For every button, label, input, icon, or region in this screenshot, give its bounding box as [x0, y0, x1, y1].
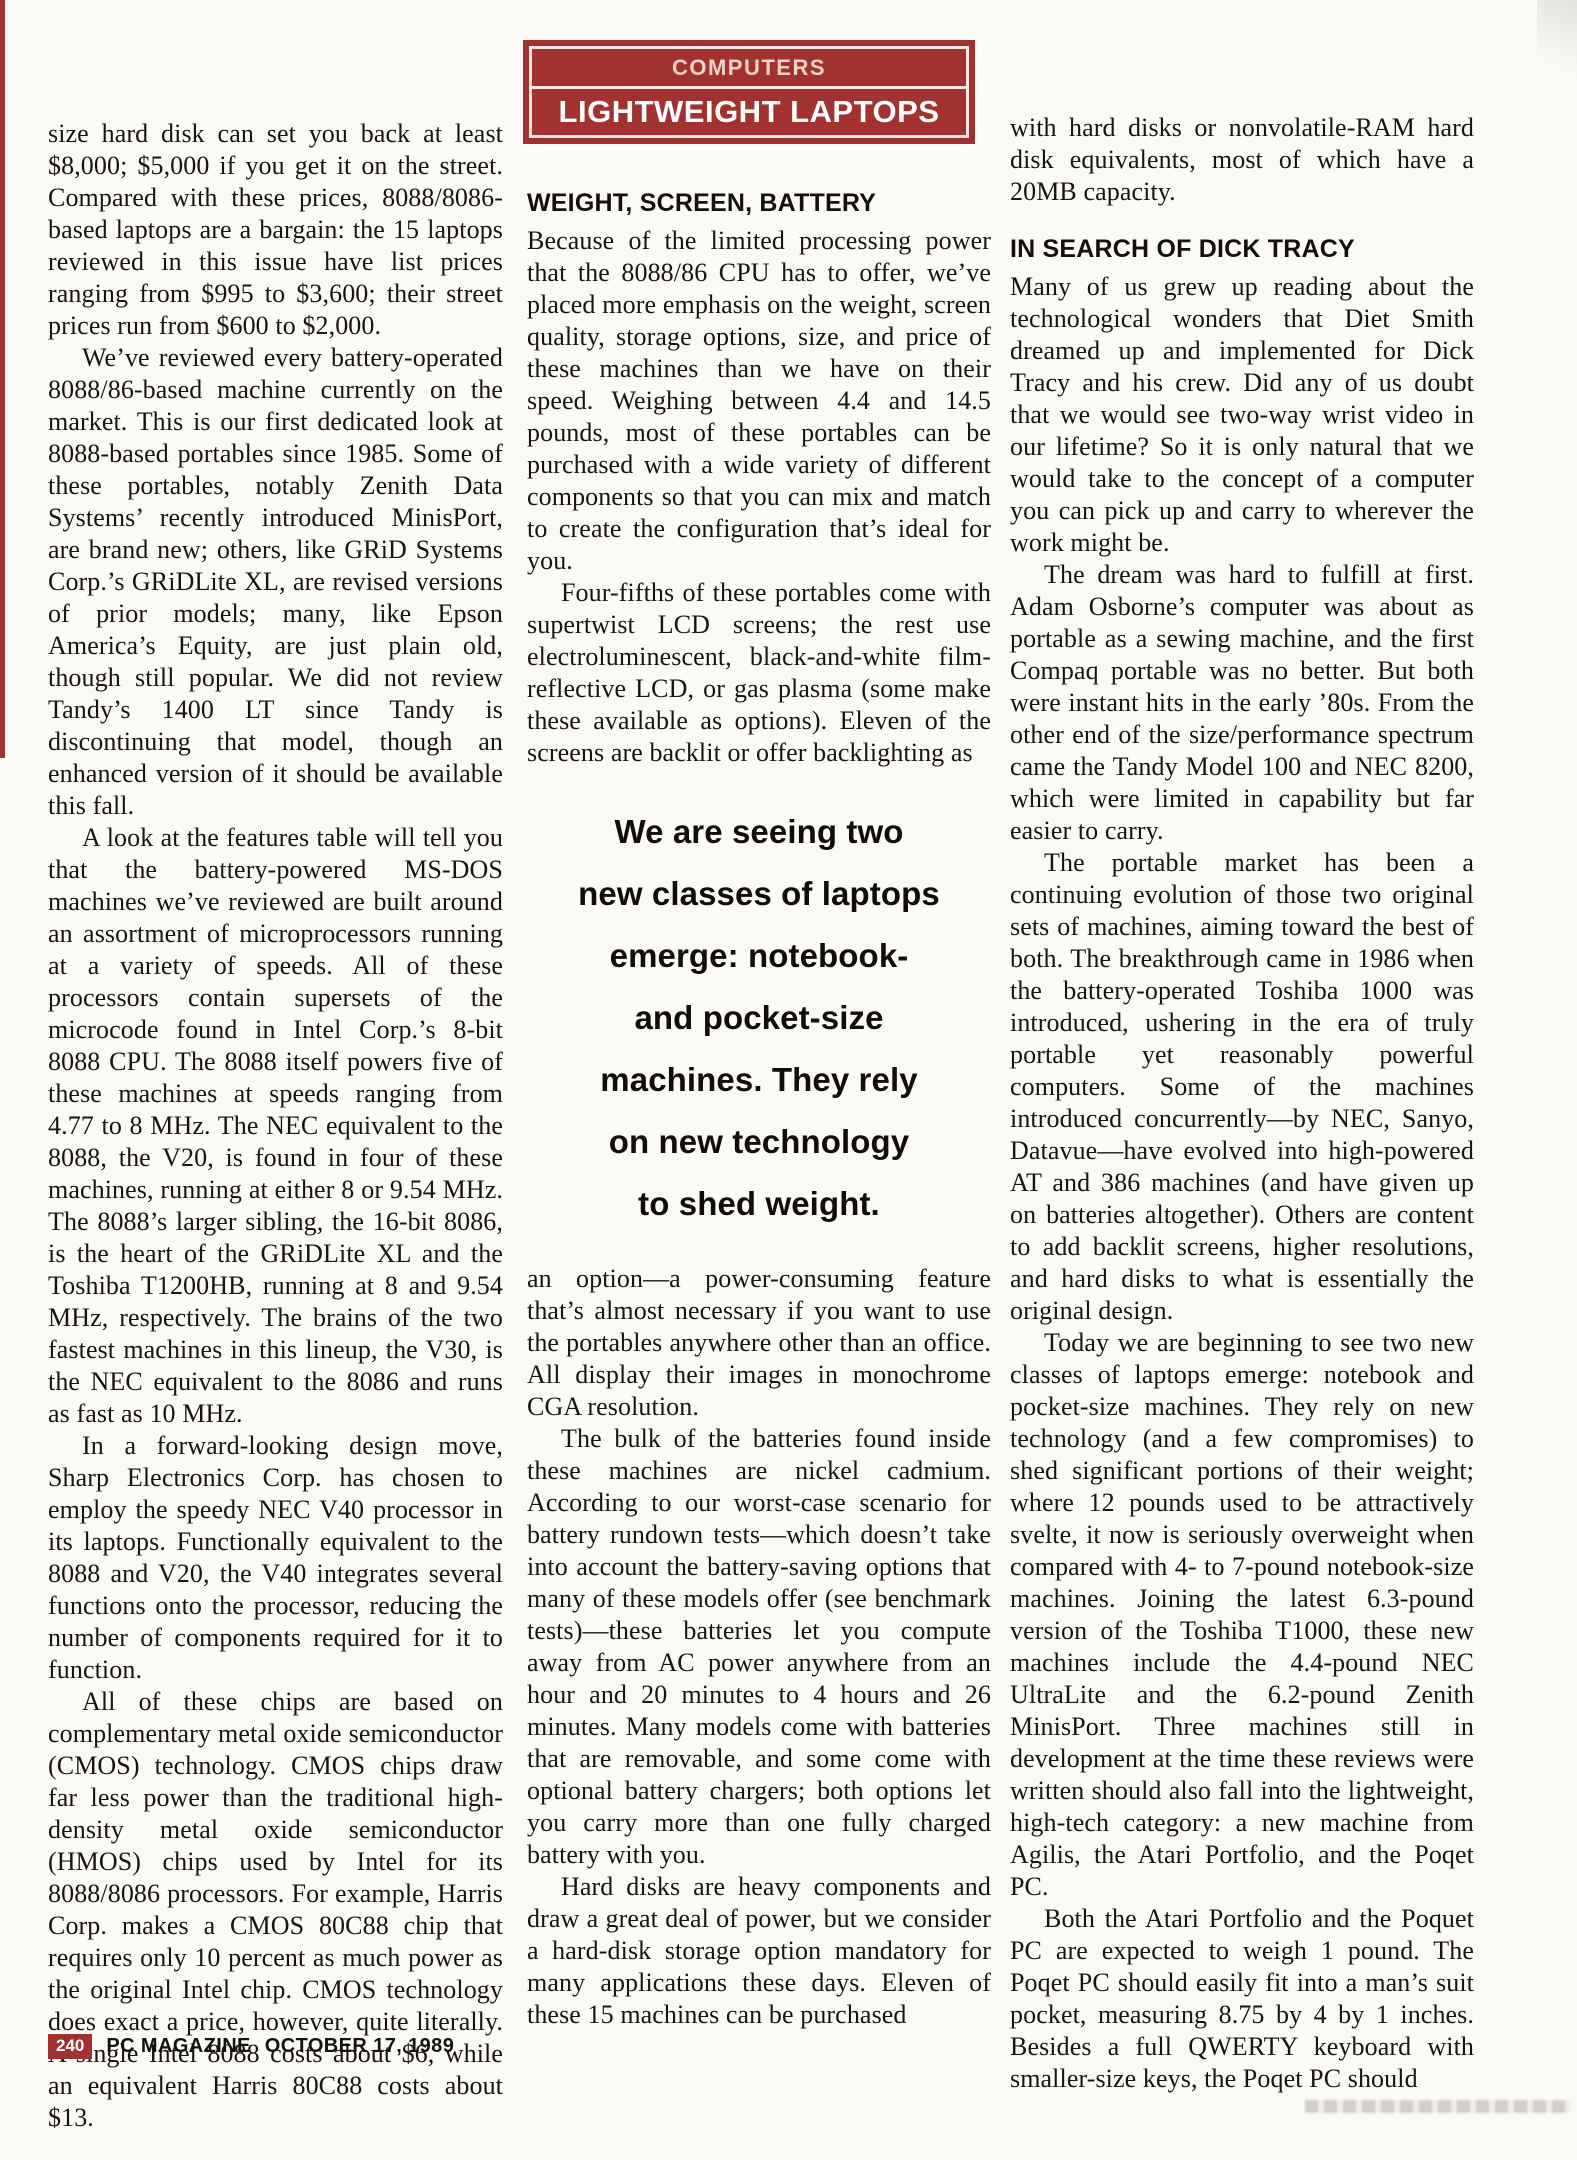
body-paragraph: The portable market has been a continuin…	[1010, 847, 1474, 1327]
page-number-badge: 240	[48, 2034, 92, 2059]
body-paragraph: size hard disk can set you back at least…	[48, 118, 503, 342]
pull-quote-line: to shed weight.	[527, 1173, 991, 1235]
scan-artifact	[1305, 2100, 1571, 2113]
right-column-bottom: Many of us grew up reading about the tec…	[1010, 271, 1474, 2095]
pull-quote-line: and pocket-size	[527, 987, 991, 1049]
section-kicker: COMPUTERS	[532, 49, 966, 86]
pull-quote-line: We are seeing two	[527, 801, 991, 863]
body-paragraph: The dream was hard to fulfill at first. …	[1010, 559, 1474, 847]
body-paragraph: an option—a power-consuming feature that…	[527, 1263, 991, 1423]
pull-quote-line: emerge: notebook-	[527, 925, 991, 987]
right-column-top: with hard disks or nonvolatile-RAM hard …	[1010, 112, 1474, 208]
body-paragraph: All of these chips are based on compleme…	[48, 1686, 503, 2134]
body-paragraph: with hard disks or nonvolatile-RAM hard …	[1010, 112, 1474, 208]
right-column: with hard disks or nonvolatile-RAM hard …	[1010, 112, 1474, 2095]
section-badge: COMPUTERS LIGHTWEIGHT LAPTOPS	[523, 40, 975, 144]
body-paragraph: In a forward-looking design move, Sharp …	[48, 1430, 503, 1686]
issue-date: OCTOBER 17, 1989	[265, 2035, 454, 2058]
page-edge-rule	[0, 0, 5, 758]
body-paragraph: Today we are beginning to see two new cl…	[1010, 1327, 1474, 1903]
body-paragraph: Four-fifths of these portables come with…	[527, 577, 991, 769]
body-paragraph: Because of the limited processing power …	[527, 225, 991, 577]
body-paragraph: A look at the features table will tell y…	[48, 822, 503, 1430]
dick-tracy-heading: IN SEARCH OF DICK TRACY	[1010, 234, 1474, 264]
section-title: LIGHTWEIGHT LAPTOPS	[532, 86, 966, 135]
magazine-name: PC MAGAZINE	[106, 2035, 250, 2058]
middle-column: WEIGHT, SCREEN, BATTERY Because of the l…	[527, 188, 991, 2031]
weight-screen-battery-heading: WEIGHT, SCREEN, BATTERY	[527, 188, 991, 218]
body-paragraph: Both the Atari Portfolio and the Poquet …	[1010, 1903, 1474, 2095]
middle-column-bottom: an option—a power-consuming feature that…	[527, 1263, 991, 2031]
scan-shading	[1537, 0, 1577, 96]
magazine-page: COMPUTERS LIGHTWEIGHT LAPTOPS size hard …	[0, 0, 1577, 2160]
body-paragraph: We’ve reviewed every battery-operated 80…	[48, 342, 503, 822]
left-column: size hard disk can set you back at least…	[48, 118, 503, 2134]
body-paragraph: Hard disks are heavy components and draw…	[527, 1871, 991, 2031]
page-footer: 240 PC MAGAZINE OCTOBER 17, 1989	[48, 2034, 454, 2059]
section-badge-frame: COMPUTERS LIGHTWEIGHT LAPTOPS	[529, 46, 969, 138]
middle-column-top: Because of the limited processing power …	[527, 225, 991, 769]
pull-quote-line: on new technology	[527, 1111, 991, 1173]
pull-quote-line: machines. They rely	[527, 1049, 991, 1111]
pull-quote: We are seeing twonew classes of laptopse…	[527, 801, 991, 1235]
body-paragraph: Many of us grew up reading about the tec…	[1010, 271, 1474, 559]
body-paragraph: The bulk of the batteries found inside t…	[527, 1423, 991, 1871]
pull-quote-line: new classes of laptops	[527, 863, 991, 925]
